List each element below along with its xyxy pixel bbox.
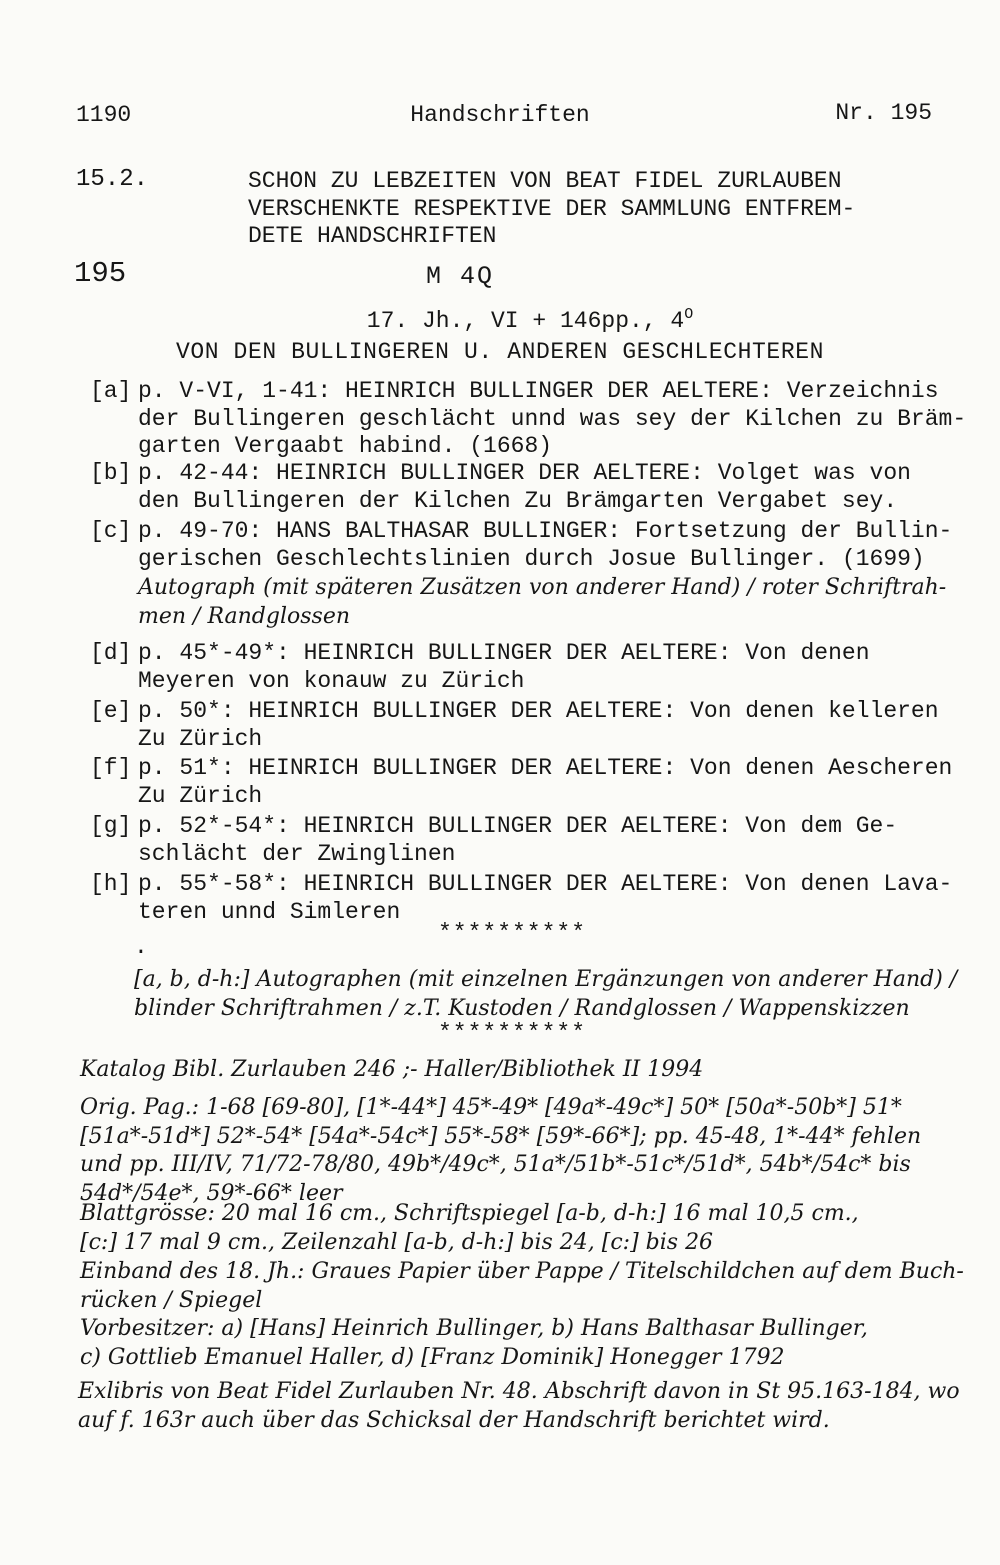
item-label: [a]: [90, 378, 138, 461]
content-item: [h] p. 55*-58*: HEINRICH BULLINGER DER A…: [90, 871, 968, 926]
stray-mark: .: [134, 934, 148, 962]
section-number: 15.2.: [76, 166, 148, 194]
section-heading: SCHON ZU LEBZEITEN VON BEAT FIDEL ZURLAU…: [248, 168, 928, 251]
item-label: [f]: [90, 755, 138, 810]
item-text: p. 52*-54*: HEINRICH BULLINGER DER AELTE…: [138, 813, 968, 868]
item-label: [e]: [90, 698, 138, 753]
shelfmark: M 4Q: [0, 263, 920, 291]
exlibris-note: Exlibris von Beat Fidel Zurlauben Nr. 48…: [78, 1378, 973, 1435]
item-text: p. 50*: HEINRICH BULLINGER DER AELTERE: …: [138, 698, 968, 753]
entry-reference: Nr. 195: [835, 100, 932, 128]
separator-stars-bottom: **********: [12, 1020, 1000, 1048]
provenance-note: Vorbesitzer: a) [Hans] Heinrich Bullinge…: [80, 1315, 970, 1372]
catalog-reference: Katalog Bibl. Zurlauben 246 ;- Haller/Bi…: [80, 1056, 960, 1085]
content-item: [a] p. V-VI, 1-41: HEINRICH BULLINGER DE…: [90, 378, 968, 461]
content-item: [g] p. 52*-54*: HEINRICH BULLINGER DER A…: [90, 813, 968, 868]
item-label: [c]: [90, 518, 138, 573]
item-text: p. 51*: HEINRICH BULLINGER DER AELTERE: …: [138, 755, 968, 810]
content-item: [f] p. 51*: HEINRICH BULLINGER DER AELTE…: [90, 755, 968, 810]
leaf-size-note: Blattgrösse: 20 mal 16 cm., Schriftspieg…: [80, 1200, 970, 1257]
collation-format-superscript: O: [684, 306, 693, 323]
content-item: [c] p. 49-70: HANS BALTHASAR BULLINGER: …: [90, 518, 968, 573]
item-text: p. 45*-49*: HEINRICH BULLINGER DER AELTE…: [138, 640, 968, 695]
item-text: p. 55*-58*: HEINRICH BULLINGER DER AELTE…: [138, 871, 968, 926]
item-label: [d]: [90, 640, 138, 695]
content-item: [b] p. 42-44: HEINRICH BULLINGER DER AEL…: [90, 460, 968, 515]
catalog-page: 1190 Handschriften Nr. 195 15.2. SCHON Z…: [0, 0, 1000, 1565]
separator-stars-top: **********: [12, 920, 1000, 948]
content-item: [d] p. 45*-49*: HEINRICH BULLINGER DER A…: [90, 640, 968, 695]
item-label: [g]: [90, 813, 138, 868]
content-item: [e] p. 50*: HEINRICH BULLINGER DER AELTE…: [90, 698, 968, 753]
pagination-note: Orig. Pag.: 1-68 [69-80], [1*-44*] 45*-4…: [80, 1094, 970, 1208]
item-text: p. 49-70: HANS BALTHASAR BULLINGER: Fort…: [138, 518, 968, 573]
collation-base: 17. Jh., VI + 146pp., 4: [367, 308, 684, 334]
materials-note: [a, b, d-h:] Autographen (mit einzelnen …: [134, 966, 964, 1023]
autograph-note: Autograph (mit späteren Zusätzen von and…: [138, 574, 958, 631]
binding-note: Einband des 18. Jh.: Graues Papier über …: [80, 1258, 970, 1315]
item-text: p. V-VI, 1-41: HEINRICH BULLINGER DER AE…: [138, 378, 968, 461]
item-label: [h]: [90, 871, 138, 926]
item-text: p. 42-44: HEINRICH BULLINGER DER AELTERE…: [138, 460, 968, 515]
entry-title: VON DEN BULLINGEREN U. ANDEREN GESCHLECH…: [0, 339, 1000, 367]
item-label: [b]: [90, 460, 138, 515]
collation: 17. Jh., VI + 146pp., 4O: [30, 301, 1000, 336]
